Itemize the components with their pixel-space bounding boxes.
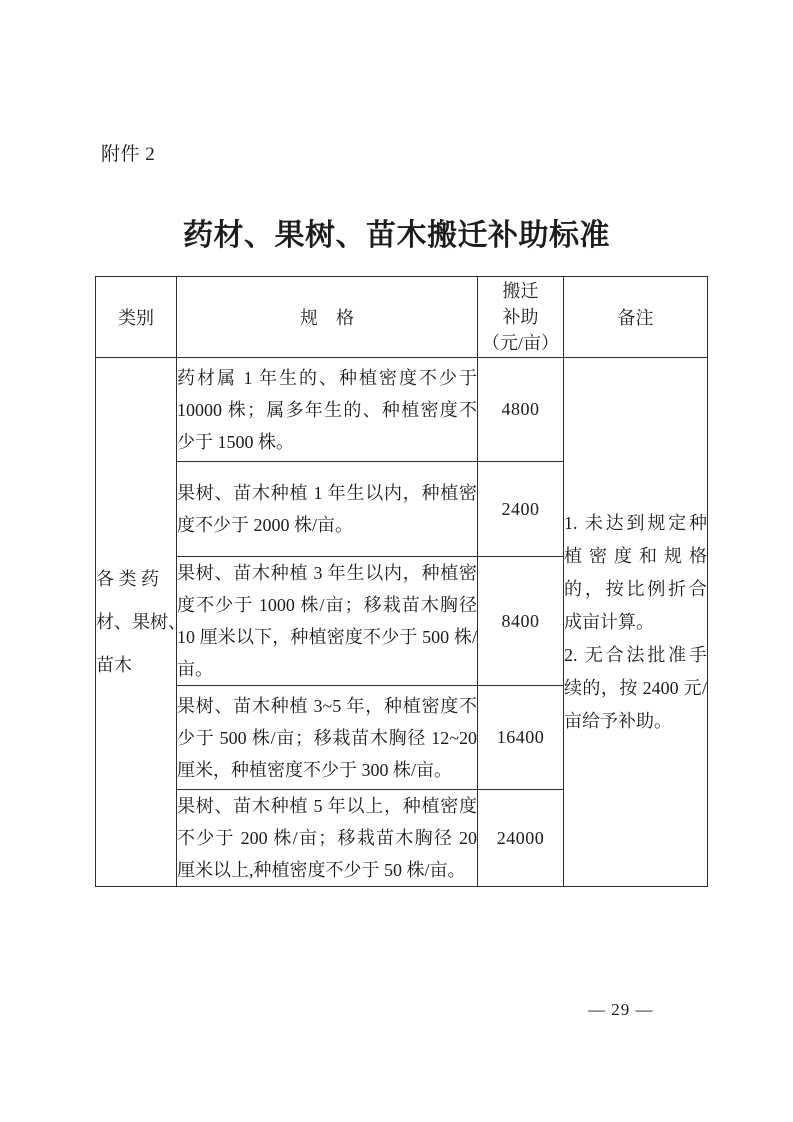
col-header-remark: 备注 [564, 277, 708, 358]
remarks-cell: 1. 未达到规定种植密度和规格的，按比例折合成亩计算。 2. 无合法批准手续的，… [564, 358, 708, 887]
col-header-category: 类别 [96, 277, 177, 358]
page-number: — 29 — [588, 1000, 654, 1020]
spec-cell-row3: 果树、苗木种植 3 年生以内，种植密度不少于 1000 株/亩；移栽苗木胸径 1… [177, 557, 478, 686]
subsidy-amount-row5: 24000 [478, 790, 564, 887]
category-cell: 各 类 药 材、果树、 苗木 [96, 358, 177, 887]
col-header-spec: 规 格 [177, 277, 478, 358]
spec-cell-row5: 果树、苗木种植 5 年以上，种植密度不少于 200 株/亩；移栽苗木胸径 20 … [177, 790, 478, 887]
subsidy-table: 类别 规 格 搬迁 补助 （元/亩） 备注 各 类 药 材、果树、 苗木 药材属… [95, 276, 708, 887]
col-header-subsidy: 搬迁 补助 （元/亩） [478, 277, 564, 358]
page-title: 药材、果树、苗木搬迁补助标准 [0, 210, 793, 254]
document-page: 附件 2 药材、果树、苗木搬迁补助标准 类别 规 格 搬迁 补助 （元/亩） 备… [0, 0, 793, 1122]
subsidy-amount-row3: 8400 [478, 557, 564, 686]
table-row: 各 类 药 材、果树、 苗木 药材属 1 年生的、种植密度不少于 10000 株… [96, 358, 708, 462]
subsidy-amount-row2: 2400 [478, 462, 564, 557]
table-header-row: 类别 规 格 搬迁 补助 （元/亩） 备注 [96, 277, 708, 358]
spec-cell-row1: 药材属 1 年生的、种植密度不少于 10000 株；属多年生的、种植密度不少于 … [177, 358, 478, 462]
spec-cell-row4: 果树、苗木种植 3~5 年，种植密度不少于 500 株/亩；移栽苗木胸径 12~… [177, 686, 478, 790]
subsidy-amount-row4: 16400 [478, 686, 564, 790]
subsidy-amount-row1: 4800 [478, 358, 564, 462]
attachment-label: 附件 2 [101, 139, 155, 166]
spec-cell-row2: 果树、苗木种植 1 年生以内，种植密度不少于 2000 株/亩。 [177, 462, 478, 557]
